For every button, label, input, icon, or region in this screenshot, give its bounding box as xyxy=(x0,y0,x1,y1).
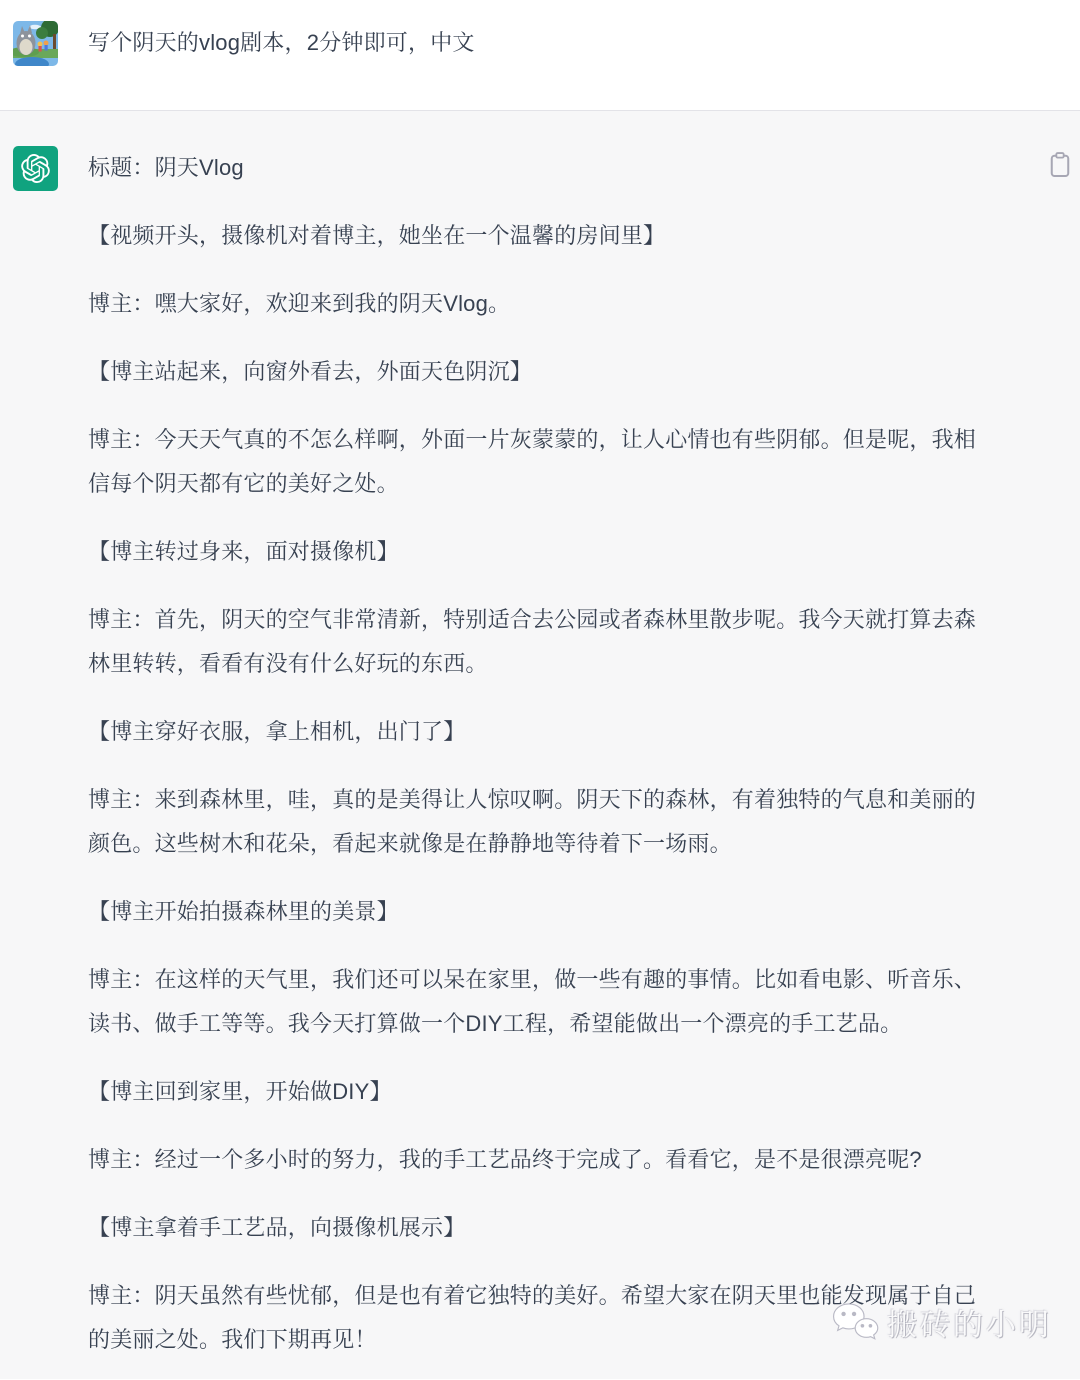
script-paragraph: 【博主拿着手工艺品，向摄像机展示】 xyxy=(88,1206,980,1250)
script-paragraph: 博主：经过一个多小时的努力，我的手工艺品终于完成了。看看它，是不是很漂亮呢? xyxy=(88,1138,980,1182)
clipboard-icon xyxy=(1049,151,1071,178)
script-paragraph: 【博主穿好衣服，拿上相机，出门了】 xyxy=(88,710,980,754)
script-paragraph: 博主：在这样的天气里，我们还可以呆在家里，做一些有趣的事情。比如看电影、听音乐、… xyxy=(88,958,980,1046)
user-message-text: 写个阴天的vlog剧本，2分钟即可，中文 xyxy=(88,21,980,65)
user-avatar xyxy=(13,21,58,66)
script-paragraph: 【博主转过身来，面对摄像机】 xyxy=(88,530,980,574)
script-paragraph: 【博主回到家里，开始做DIY】 xyxy=(88,1070,980,1114)
totoro-avatar-image xyxy=(13,21,58,66)
user-message-row: 写个阴天的vlog剧本，2分钟即可，中文 xyxy=(0,0,1080,110)
script-paragraph: 博主：阴天虽然有些忧郁，但是也有着它独特的美好。希望大家在阴天里也能发现属于自己… xyxy=(88,1274,980,1362)
chatgpt-avatar xyxy=(13,146,58,191)
openai-logo-icon xyxy=(21,154,50,183)
assistant-message-row: 标题：阴天Vlog 【视频开头，摄像机对着博主，她坐在一个温馨的房间里】 博主：… xyxy=(0,110,1080,1379)
script-paragraph: 博主：嘿大家好，欢迎来到我的阴天Vlog。 xyxy=(88,282,980,326)
script-paragraph: 【博主站起来，向窗外看去，外面天色阴沉】 xyxy=(88,350,980,394)
script-paragraph: 博主：今天天气真的不怎么样啊，外面一片灰蒙蒙的，让人心情也有些阴郁。但是呢，我相… xyxy=(88,418,980,506)
script-paragraph: 标题：阴天Vlog xyxy=(88,146,980,190)
script-paragraph: 博主：首先，阴天的空气非常清新，特别适合去公园或者森林里散步呢。我今天就打算去森… xyxy=(88,598,980,686)
copy-button[interactable] xyxy=(1047,151,1073,181)
script-paragraph: 博主：来到森林里，哇，真的是美得让人惊叹啊。阴天下的森林，有着独特的气息和美丽的… xyxy=(88,778,980,866)
script-paragraph: 【视频开头，摄像机对着博主，她坐在一个温馨的房间里】 xyxy=(88,214,980,258)
script-paragraph: 【博主开始拍摄森林里的美景】 xyxy=(88,890,980,934)
assistant-message-text: 标题：阴天Vlog 【视频开头，摄像机对着博主，她坐在一个温馨的房间里】 博主：… xyxy=(88,146,980,1362)
